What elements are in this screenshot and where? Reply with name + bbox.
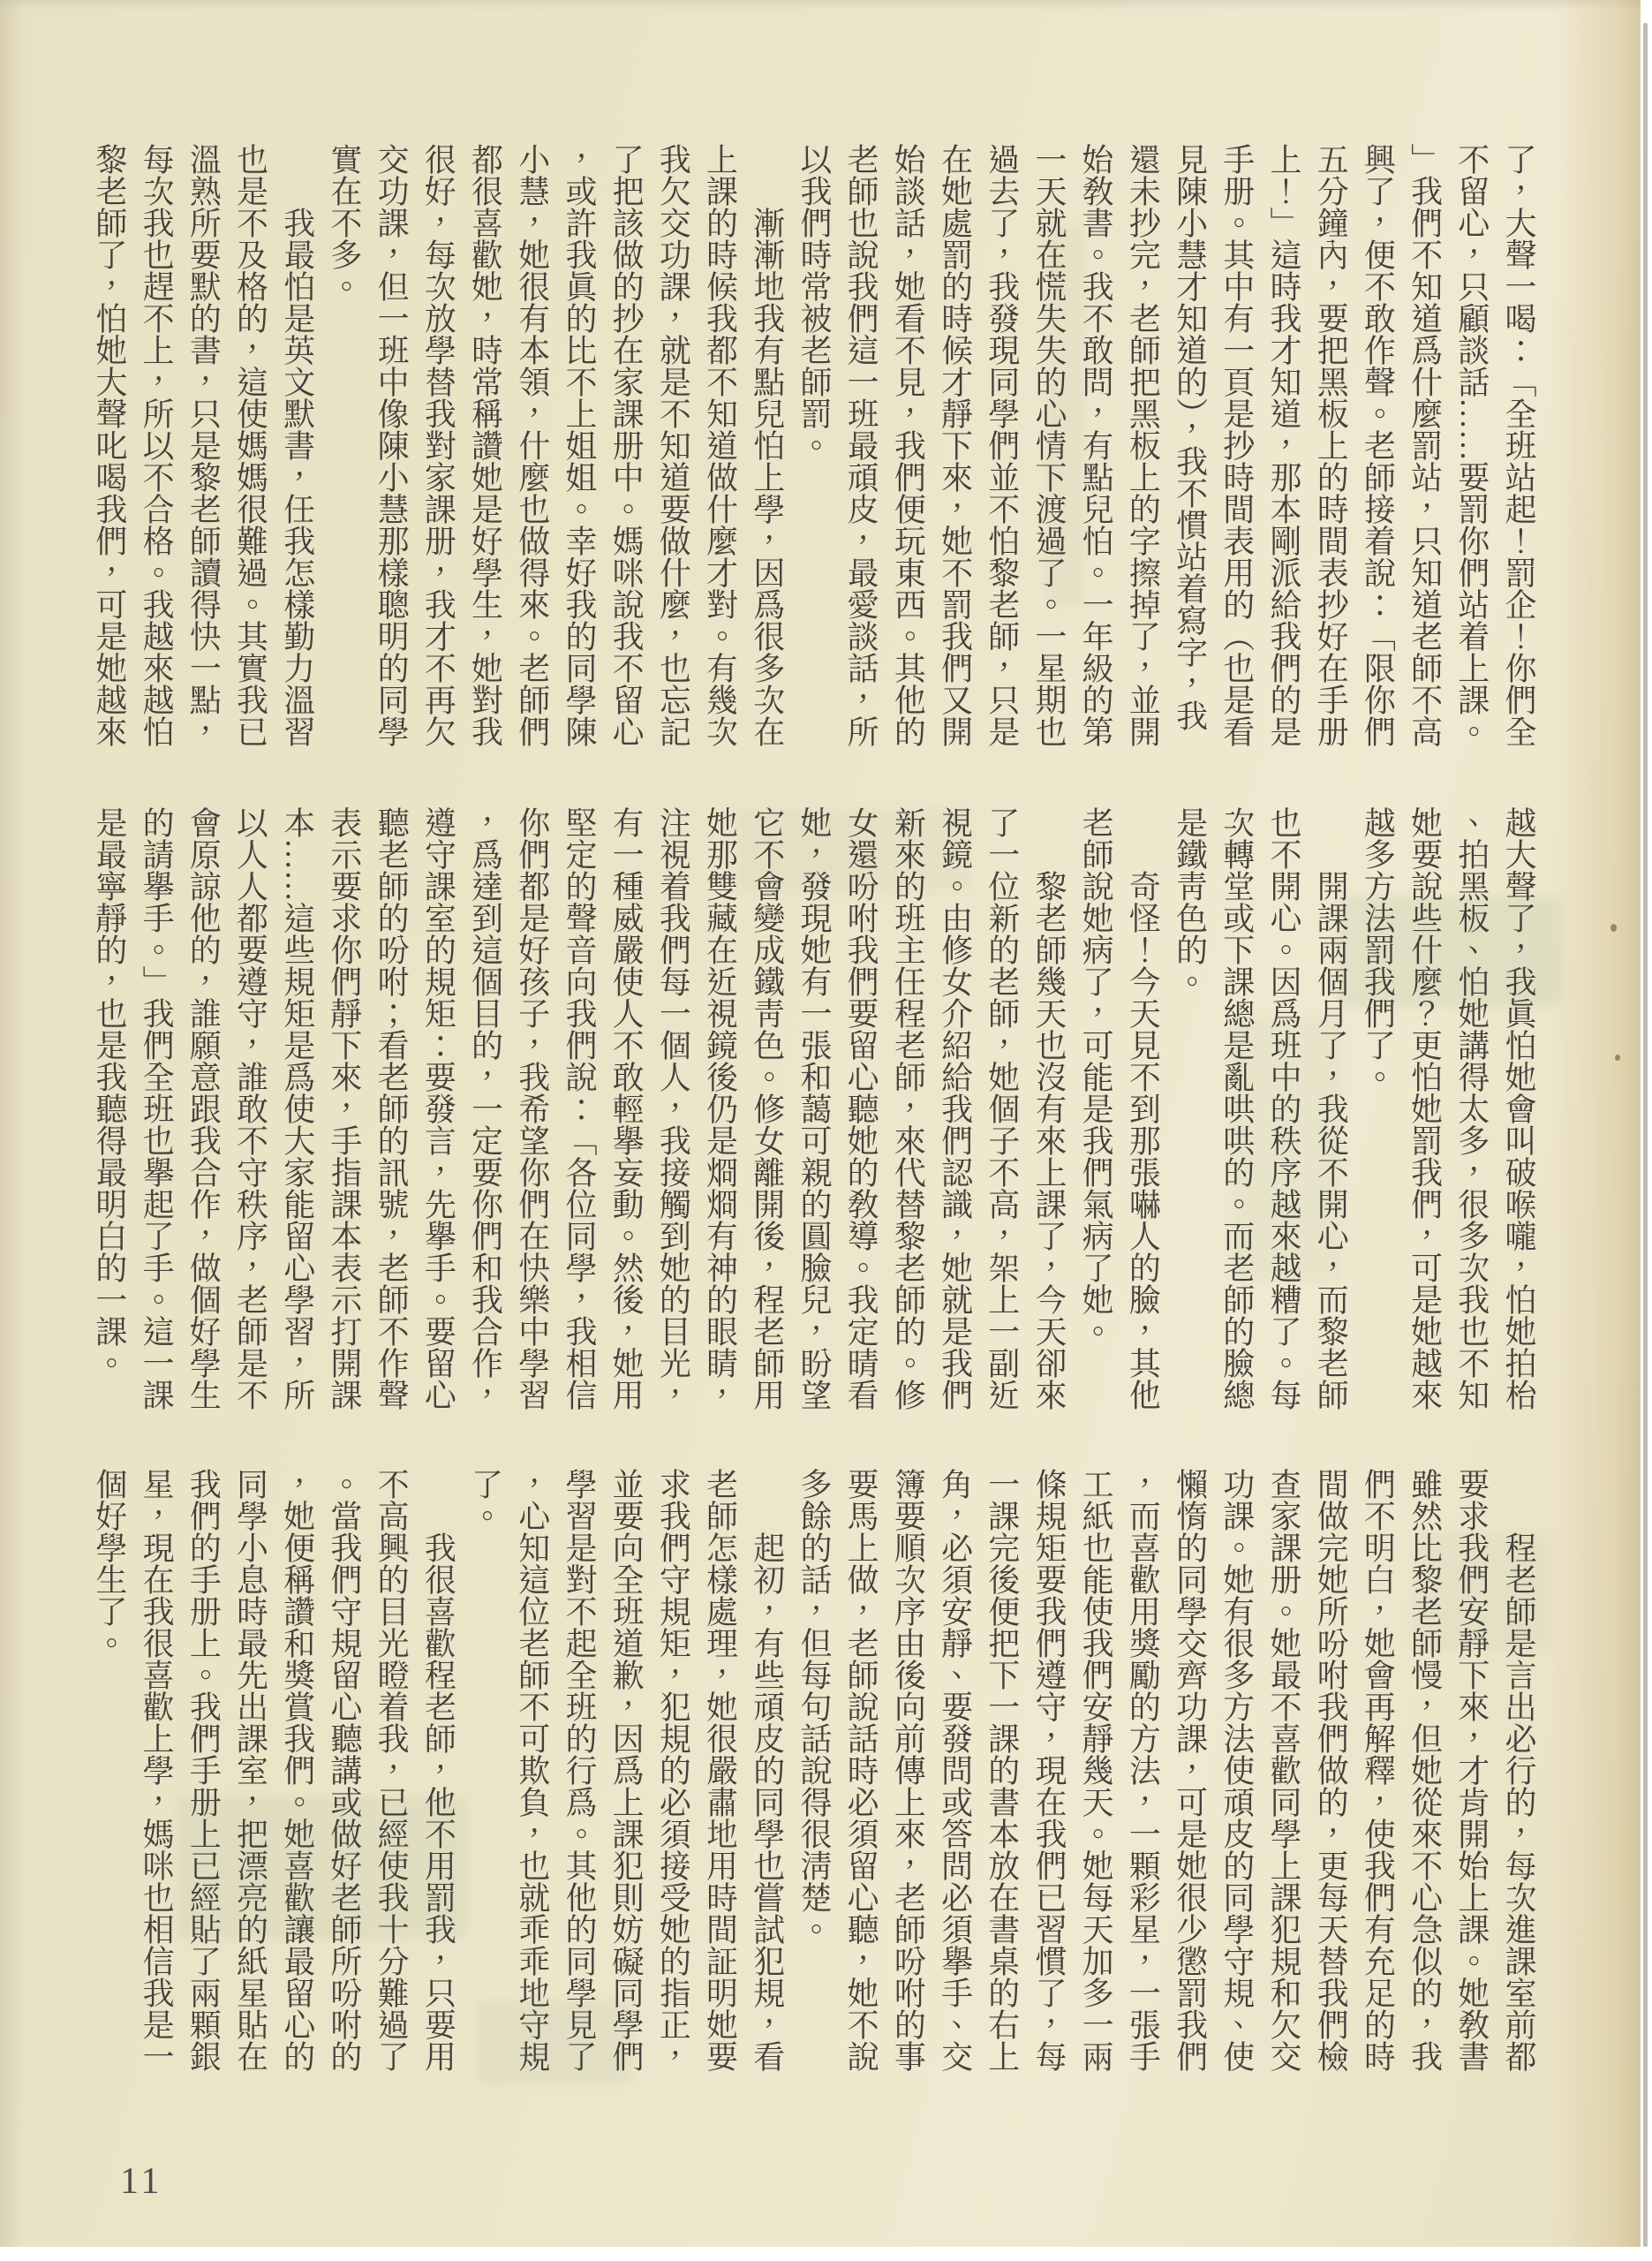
paragraph: 漸漸地我有點兒怕上學，因爲很多次在上課的時候我都不知道做什麼才對。有幾次我欠交功… [321, 143, 790, 749]
page-curl-shading [1554, 0, 1641, 2247]
paragraph: 了，大聲一喝：「全班站起！罰企！你們全不留心，只顧談話……要罰你們站着上課。」我… [790, 143, 1542, 749]
scan-top-shadow [0, 0, 1641, 11]
page-number: 11 [120, 2160, 162, 2203]
foxing-speck [1615, 1055, 1620, 1061]
paragraph: 起初，有些頑皮的同學也嘗試犯規，看老師怎樣處理，她很嚴肅地用時間証明她要求我們守… [461, 1468, 789, 2088]
paragraph: 越大聲了，我眞怕她會叫破喉嚨，怕她拍枱、拍黑板、怕她講得太多，很多次我也不知她要… [1354, 806, 1542, 1412]
paragraph: 程老師是言出必行的，每次進課室前都要求我們安靜下來，才肯開始上課。她敎書雖然比黎… [790, 1468, 1542, 2088]
foxing-speck [1611, 924, 1617, 932]
text-band-top: 了，大聲一喝：「全班站起！罰企！你們全不留心，只顧談話……要罰你們站着上課。」我… [85, 143, 1542, 749]
text-band-middle: 越大聲了，我眞怕她會叫破喉嚨，怕她拍枱、拍黑板、怕她講得太多，很多次我也不知她要… [85, 806, 1542, 1412]
book-page: 了，大聲一喝：「全班站起！罰企！你們全不留心，只顧談話……要罰你們站着上課。」我… [0, 0, 1641, 2247]
text-band-bottom: 程老師是言出必行的，每次進課室前都要求我們安靜下來，才肯開始上課。她敎書雖然比黎… [85, 1468, 1542, 2088]
paragraph: 開課兩個月了，我從不開心，而黎老師也不開心。因爲班中的秩序越來越糟了。每次轉堂或… [1165, 806, 1354, 1412]
paragraph: 黎老師幾天也沒有來上課了，今天卻來了一位新的老師，她個子不高，架上一副近視鏡。由… [86, 806, 1072, 1412]
page-gutter-shadow [0, 0, 26, 2247]
paragraph: 我最怕是英文默書，任我怎樣勤力溫習也是不及格的，這使媽媽很難過。其實我已溫熟所要… [86, 143, 321, 749]
scan-background: { "colors":{ "paper":"#ece4c8", "ink":"#… [0, 0, 1652, 2261]
paragraph: 奇怪！今天見不到那張嚇人的臉，其他老師說她病了，可能是我們氣病了她。 [1072, 806, 1165, 1412]
paragraph: 我很喜歡程老師，他不用罰我，只要用不高興的目光瞪着我，已經使我十分難過了。當我們… [86, 1468, 462, 2088]
scan-page-edge-line [1643, 23, 1648, 2247]
